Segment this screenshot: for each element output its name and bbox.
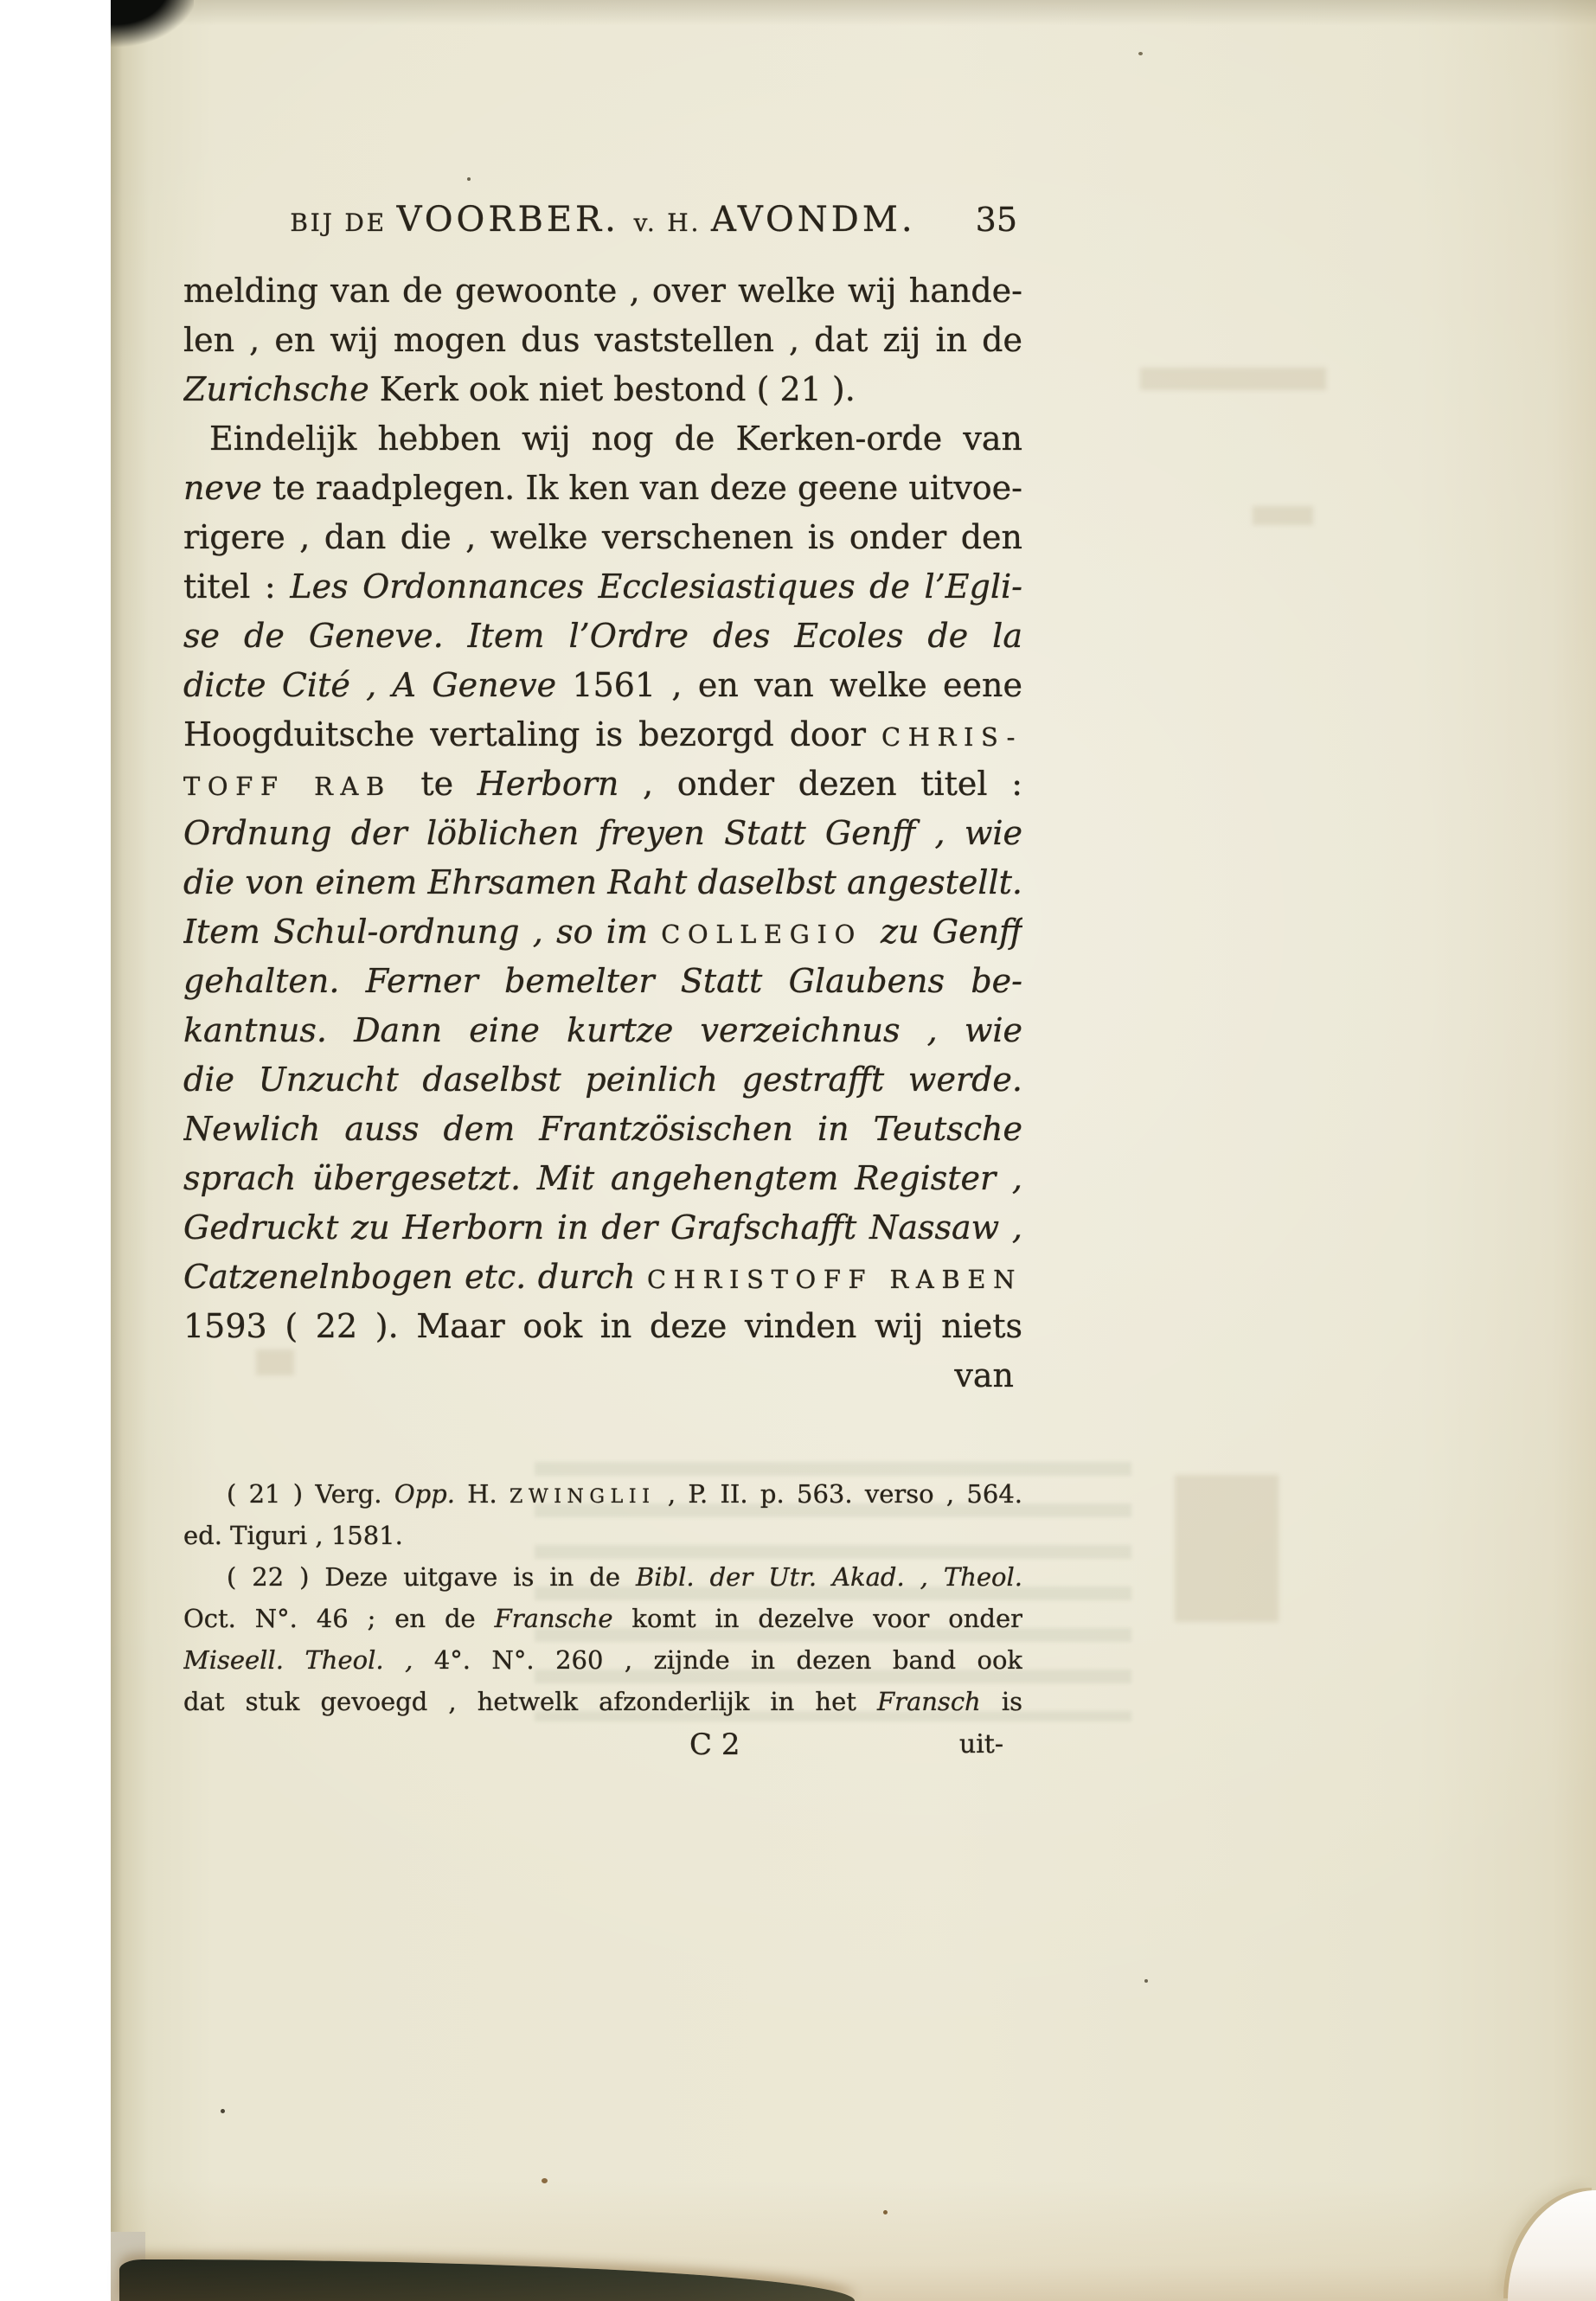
body-line: dicte Cité , A Geneve 1561 , en van welk… bbox=[183, 661, 1022, 710]
text-segment: Newlich auss dem Frantzösischen in Teuts… bbox=[183, 1110, 1022, 1148]
text-segment: Fransche bbox=[495, 1604, 632, 1633]
footnote-line: ( 22 ) Deze uitgave is in de Bibl. der U… bbox=[183, 1556, 1022, 1598]
text-segment: sprach übergesetzt. Mit angehengtem Regi… bbox=[183, 1159, 1022, 1197]
show-through-smudge bbox=[1140, 368, 1326, 390]
body-line: rigere , dan die , welke verschenen is o… bbox=[183, 513, 1022, 562]
text-segment: Miseell. Theol. , bbox=[183, 1645, 413, 1675]
text-segment: CHRIS- bbox=[881, 722, 1022, 752]
text-segment: Kerk ook niet bestond ( 21 ). bbox=[380, 370, 856, 408]
text-segment: zu Genff bbox=[881, 913, 1022, 951]
running-header: BIJ DE VOORBER. v. H. AVONDM. 35 bbox=[183, 197, 1022, 242]
page-number: 35 bbox=[976, 197, 1017, 242]
text-segment: se de Geneve. Item l’Ordre des Ecoles de… bbox=[183, 617, 1022, 655]
body-line: gehalten. Ferner bemelter Statt Glaubens… bbox=[183, 957, 1022, 1006]
body-line: Ordnung der löblichen freyen Statt Genff… bbox=[183, 809, 1022, 858]
text-segment: TOFF RAB bbox=[183, 772, 420, 801]
text-segment: 1593 ( 22 ). Maar ook in deze vinden wij… bbox=[183, 1307, 1022, 1345]
text-segment: 4°. N°. 260 , zijnde in dezen band ook bbox=[413, 1645, 1022, 1675]
catchword: uit- bbox=[959, 1722, 1003, 1767]
text-segment: BIJ DE bbox=[290, 208, 396, 237]
text-segment: Zurichsche bbox=[183, 370, 380, 408]
footnote-line: dat stuk gevoegd , hetwelk afzonderlijk … bbox=[183, 1681, 1022, 1722]
text-segment: ( 21 ) Verg. bbox=[227, 1479, 394, 1509]
paper-speck bbox=[221, 2109, 225, 2113]
text-segment: AVONDM. bbox=[711, 200, 916, 240]
text-segment: Herborn bbox=[478, 765, 619, 803]
signature-row: C 2 uit- bbox=[183, 1722, 1022, 1767]
footnote-line: Miseell. Theol. , 4°. N°. 260 , zijnde i… bbox=[183, 1639, 1022, 1681]
text-segment: v. H. bbox=[634, 208, 711, 237]
text-segment: die von einem Ehrsamen Raht daselbst ang… bbox=[183, 863, 1022, 901]
book-scan: BIJ DE VOORBER. v. H. AVONDM. 35 melding… bbox=[0, 0, 1596, 2301]
text-segment: , onder dezen titel : bbox=[619, 765, 1022, 803]
text-segment: kantnus. Dann eine kurtze verzeichnus , … bbox=[183, 1011, 1022, 1049]
text-segment: gehalten. Ferner bemelter Statt Glaubens… bbox=[183, 962, 1022, 1000]
text-segment: VOORBER. bbox=[397, 200, 634, 240]
text-segment: die Unzucht daselbst peinlich gestrafft … bbox=[183, 1061, 1022, 1099]
body-line: Newlich auss dem Frantzösischen in Teuts… bbox=[183, 1105, 1022, 1154]
body-line: sprach übergesetzt. Mit angehengtem Regi… bbox=[183, 1154, 1022, 1203]
body-line: Hoogduitsche vertaling is bezorgd door C… bbox=[183, 710, 1022, 760]
footnote-line: Oct. N°. 46 ; en de Fransche komt in dez… bbox=[183, 1598, 1022, 1639]
body-line: Gedruckt zu Herborn in der Grafschafft N… bbox=[183, 1203, 1022, 1253]
text-segment: is bbox=[1002, 1687, 1022, 1716]
text-segment: komt in dezelve voor onder bbox=[631, 1604, 1022, 1633]
page-curl-corner bbox=[1508, 2190, 1596, 2301]
body-line: melding van de gewoonte , over welke wij… bbox=[183, 266, 1022, 316]
body-text: melding van de gewoonte , over welke wij… bbox=[183, 266, 1022, 1400]
body-line: len , en wij mogen dus vaststellen , dat… bbox=[183, 316, 1022, 365]
text-segment: Ordnung der löblichen freyen Statt Genff… bbox=[183, 814, 1022, 852]
text-segment: ( 22 ) Deze uitgave is in de bbox=[227, 1562, 636, 1592]
body-line: Zurichsche Kerk ook niet bestond ( 21 ). bbox=[183, 365, 1022, 414]
text-segment: ed. Tiguri , 1581. bbox=[183, 1521, 403, 1550]
body-line: 1593 ( 22 ). Maar ook in deze vinden wij… bbox=[183, 1302, 1022, 1351]
show-through-smudge bbox=[1175, 1475, 1279, 1622]
text-segment: titel : bbox=[183, 567, 290, 606]
body-line: Eindelijk hebben wij nog de Kerken-orde … bbox=[183, 414, 1022, 464]
text-segment: Catzenelnbogen etc. durch bbox=[183, 1258, 647, 1296]
body-line: titel : Les Ordonnances Ecclesiastiques … bbox=[183, 562, 1022, 612]
footnote-line: ed. Tiguri , 1581. bbox=[183, 1515, 1022, 1556]
body-line: kantnus. Dann eine kurtze verzeichnus , … bbox=[183, 1006, 1022, 1055]
text-segment: van bbox=[954, 1356, 1014, 1394]
text-segment: 1561 , en van welke eene bbox=[572, 666, 1022, 704]
text-segment: Fransch bbox=[877, 1687, 1002, 1716]
text-segment: Item Schul-ordnung , so im bbox=[183, 913, 661, 951]
body-line: van bbox=[183, 1351, 1022, 1400]
text-segment: len , en wij mogen dus vaststellen , dat… bbox=[183, 321, 1022, 359]
body-line: Item Schul-ordnung , so im COLLEGIO zu G… bbox=[183, 907, 1022, 957]
text-segment: Eindelijk hebben wij nog de Kerken-orde … bbox=[209, 420, 1022, 458]
gutter-shadow-corner bbox=[111, 0, 194, 57]
text-segment: dat stuk gevoegd , hetwelk afzonderlijk … bbox=[183, 1687, 877, 1716]
show-through-smudge bbox=[1253, 506, 1313, 525]
text-segment: ZWINGLII bbox=[510, 1486, 655, 1508]
text-segment: Opp. bbox=[394, 1479, 467, 1509]
text-column: BIJ DE VOORBER. v. H. AVONDM. 35 melding… bbox=[183, 0, 1022, 1767]
text-segment: Bibl. der Utr. Akad. , Theol. bbox=[636, 1562, 1022, 1592]
body-line: se de Geneve. Item l’Ordre des Ecoles de… bbox=[183, 612, 1022, 661]
paper-speck bbox=[542, 2178, 548, 2183]
paper-speck bbox=[1138, 52, 1143, 55]
text-segment: te bbox=[420, 765, 477, 803]
text-segment: COLLEGIO bbox=[661, 920, 881, 949]
paper-speck bbox=[1144, 1979, 1148, 1983]
body-line: die Unzucht daselbst peinlich gestrafft … bbox=[183, 1055, 1022, 1105]
body-line: die von einem Ehrsamen Raht daselbst ang… bbox=[183, 858, 1022, 907]
text-segment: , P. II. p. 563. verso , 564. bbox=[656, 1479, 1022, 1509]
text-segment: Oct. N°. 46 ; en de bbox=[183, 1604, 495, 1633]
text-segment: H. bbox=[467, 1479, 510, 1509]
paper-speck bbox=[883, 2210, 888, 2214]
text-segment: melding van de gewoonte , over welke wij… bbox=[183, 272, 1022, 310]
running-header-title-wrap: BIJ DE VOORBER. v. H. AVONDM. bbox=[183, 197, 1022, 242]
footnotes: ( 21 ) Verg. Opp. H. ZWINGLII , P. II. p… bbox=[183, 1473, 1022, 1722]
text-segment: Hoogduitsche vertaling is bezorgd door bbox=[183, 715, 881, 753]
body-line: Catzenelnbogen etc. durch CHRISTOFF RABE… bbox=[183, 1253, 1022, 1302]
text-segment: Gedruckt zu Herborn in der Grafschafft N… bbox=[183, 1208, 1022, 1247]
running-header-title: BIJ DE VOORBER. v. H. AVONDM. bbox=[183, 197, 1022, 242]
body-line: neve te raadplegen. Ik ken van deze geen… bbox=[183, 464, 1022, 513]
body-line: TOFF RAB te Herborn , onder dezen titel … bbox=[183, 760, 1022, 809]
text-segment: neve bbox=[183, 469, 272, 507]
text-segment: dicte Cité , A Geneve bbox=[183, 666, 572, 704]
text-segment: CHRISTOFF RABEN bbox=[647, 1265, 1022, 1294]
footnote-line: ( 21 ) Verg. Opp. H. ZWINGLII , P. II. p… bbox=[183, 1473, 1022, 1515]
text-segment: Les Ordonnances Ecclesiastiques de l’Egl… bbox=[290, 567, 1022, 606]
gathering-signature: C 2 bbox=[689, 1722, 740, 1767]
text-segment: te raadplegen. Ik ken van deze geene uit… bbox=[272, 469, 1022, 507]
book-cover-edge bbox=[119, 2259, 855, 2301]
text-segment: rigere , dan die , welke verschenen is o… bbox=[183, 518, 1022, 556]
